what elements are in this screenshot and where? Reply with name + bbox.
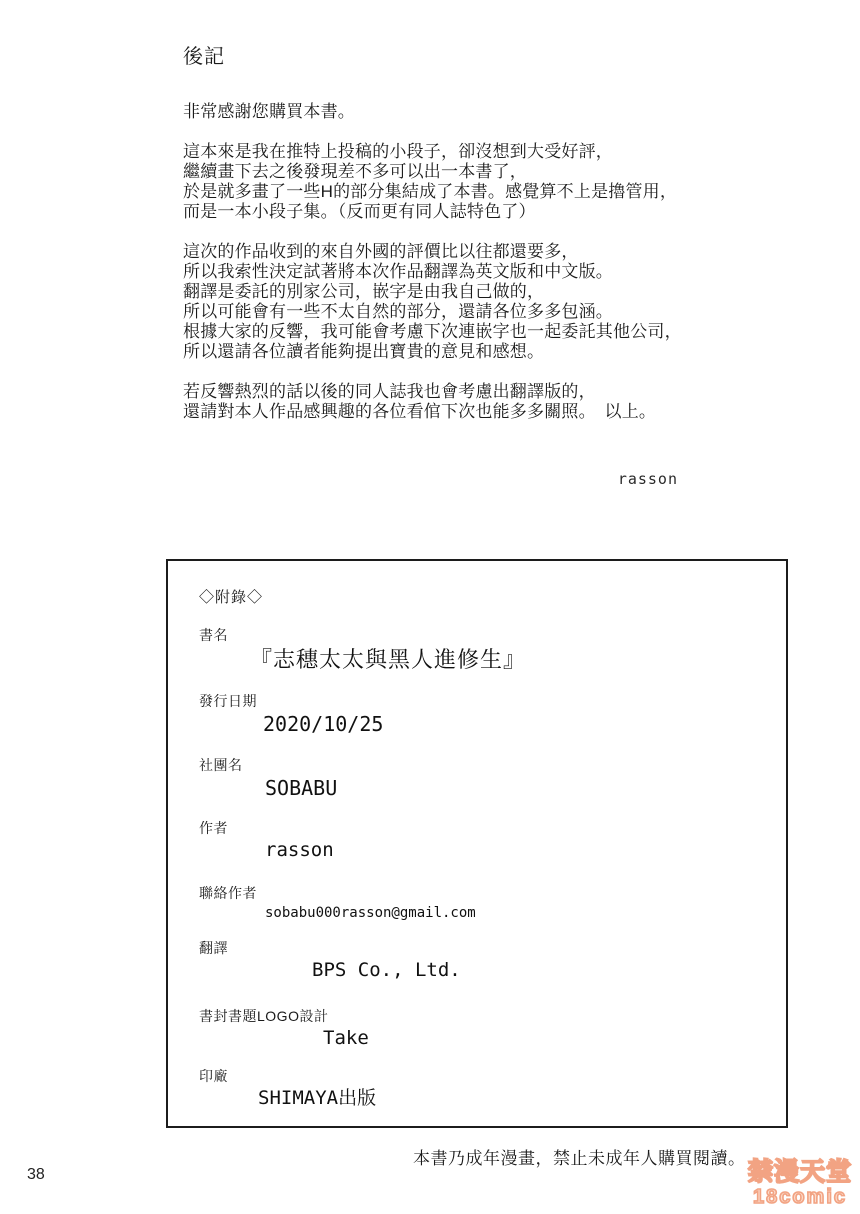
watermark-site-name: 禁漫天堂 (748, 1160, 852, 1185)
afterword-paragraph: 這次的作品收到的來自外國的評價比以往都還要多， 所以我索性決定試著將本次作品翻譯… (183, 242, 743, 362)
colophon-entry: 印廠SHIMAYA出版 (199, 1067, 776, 1110)
colophon-label: 作者 (199, 819, 776, 837)
colophon-value: sobabu000rasson@gmail.com (265, 905, 776, 921)
colophon-value: SOBABU (265, 777, 776, 800)
colophon-heading: ◇附錄◇ (199, 586, 263, 607)
page-title: 後記 (183, 40, 225, 69)
colophon-entry: 發行日期2020/10/25 (199, 692, 776, 736)
afterword-body: 非常感謝您購買本書。這本來是我在推特上投稿的小段子，卻沒想到大受好評， 繼續畫下… (183, 102, 743, 442)
colophon-label: 印廠 (199, 1067, 776, 1085)
afterword-paragraph: 若反響熱烈的話以後的同人誌我也會考慮出翻譯版的， 還請對本人作品感興趣的各位看倌… (183, 382, 743, 422)
afterword-page: 後記 非常感謝您購買本書。這本來是我在推特上投稿的小段子，卻沒想到大受好評， 繼… (0, 0, 860, 1214)
colophon-entry: 社團名SOBABU (199, 756, 776, 800)
colophon-value: BPS Co., Ltd. (312, 960, 776, 982)
colophon-value: rasson (265, 840, 776, 862)
colophon-value: Take (323, 1028, 776, 1050)
author-signature: rasson (183, 470, 678, 488)
colophon-label: 社團名 (199, 756, 776, 774)
afterword-paragraph: 非常感謝您購買本書。 (183, 102, 743, 122)
watermark: 禁漫天堂 18comic (748, 1160, 852, 1207)
colophon-entry: 翻譯BPS Co., Ltd. (199, 939, 776, 982)
colophon-entry: 書封書題LOGO設計Take (199, 1007, 776, 1050)
colophon-label: 發行日期 (199, 692, 776, 710)
colophon-entry: 聯絡作者sobabu000rasson@gmail.com (199, 884, 776, 921)
age-disclaimer: 本書乃成年漫畫，禁止未成年人購買閱讀。 (413, 1144, 746, 1169)
colophon-entry: 作者rasson (199, 819, 776, 862)
colophon-value: SHIMAYA出版 (258, 1088, 776, 1110)
colophon-label: 書封書題LOGO設計 (199, 1007, 776, 1025)
colophon-box: ◇附錄◇ 書名『志穗太太與黑人進修生』發行日期2020/10/25社團名SOBA… (166, 559, 788, 1128)
colophon-entry: 書名『志穗太太與黑人進修生』 (199, 626, 776, 672)
colophon-label: 書名 (199, 626, 776, 644)
colophon-label: 聯絡作者 (199, 884, 776, 902)
colophon-value: 2020/10/25 (263, 713, 776, 736)
page-number: 38 (27, 1166, 45, 1184)
watermark-site-domain: 18comic (748, 1187, 852, 1207)
afterword-paragraph: 這本來是我在推特上投稿的小段子，卻沒想到大受好評， 繼續畫下去之後發現差不多可以… (183, 142, 743, 222)
colophon-value: 『志穗太太與黑人進修生』 (250, 647, 776, 672)
colophon-label: 翻譯 (199, 939, 776, 957)
